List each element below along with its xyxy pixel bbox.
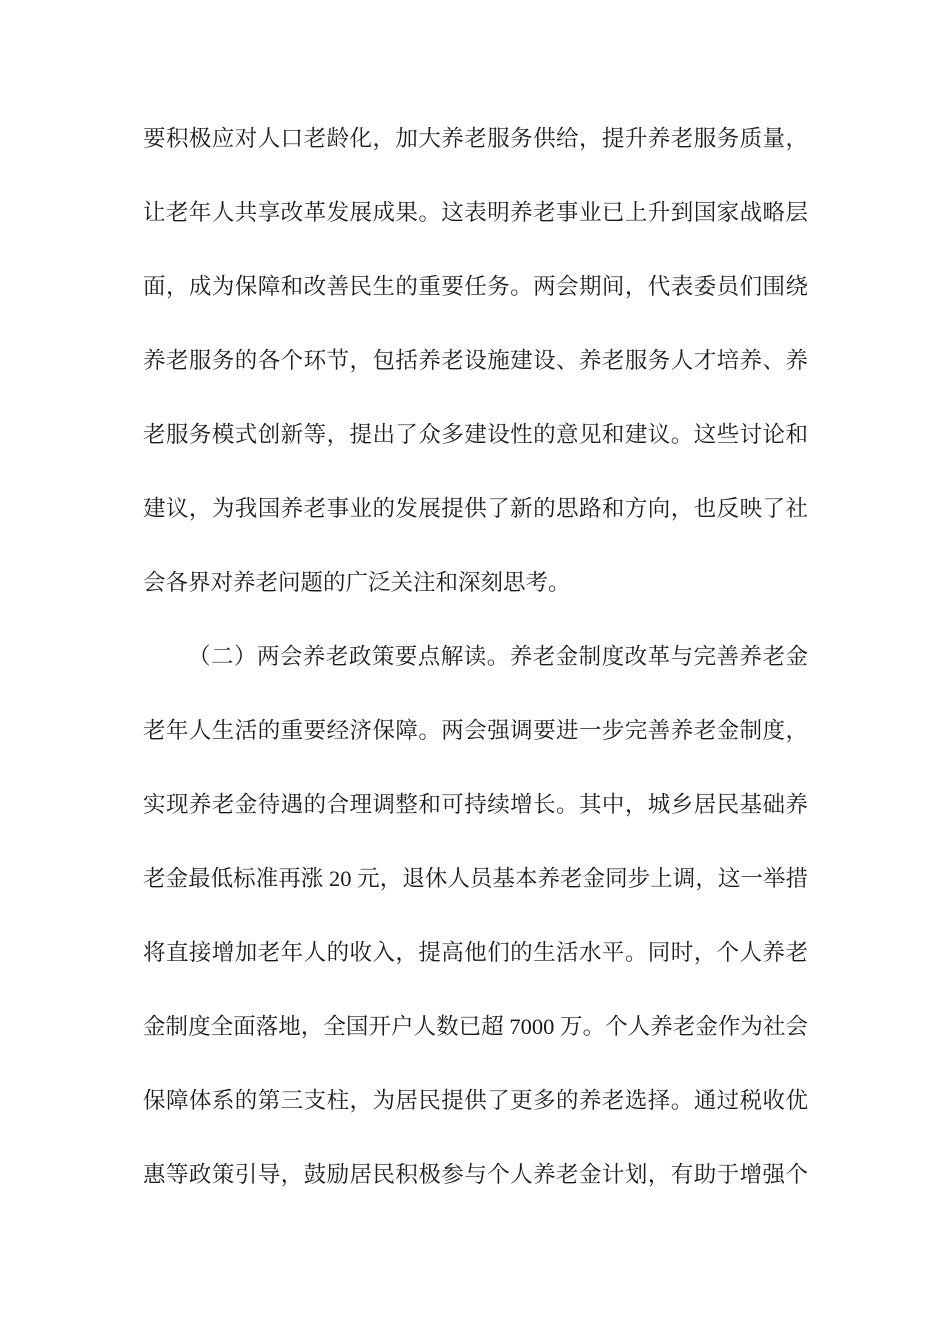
document-body-text: 要积极应对人口老龄化，加大养老服务供给，提升养老服务质量，让老年人共享改革发展成… <box>143 102 808 1212</box>
text-line: 养老服务的各个环节，包括养老设施建设、养老服务人才培养、养 <box>143 324 808 398</box>
text-line: 老金最低标准再涨 20 元，退休人员基本养老金同步上调，这一举措 <box>143 842 808 916</box>
text-line: 将直接增加老年人的收入，提高他们的生活水平。同时，个人养老 <box>143 916 808 990</box>
text-line: 惠等政策引导，鼓励居民积极参与个人养老金计划，有助于增强个 <box>143 1138 808 1212</box>
text-line: 让老年人共享改革发展成果。这表明养老事业已上升到国家战略层 <box>143 176 808 250</box>
text-line: 保障体系的第三支柱，为居民提供了更多的养老选择。通过税收优 <box>143 1064 808 1138</box>
text-line: 老服务模式创新等，提出了众多建设性的意见和建议。这些讨论和 <box>143 398 808 472</box>
text-line: 会各界对养老问题的广泛关注和深刻思考。 <box>143 546 808 620</box>
document-page: 要积极应对人口老龄化，加大养老服务供给，提升养老服务质量，让老年人共享改革发展成… <box>0 0 950 1344</box>
text-line: 实现养老金待遇的合理调整和可持续增长。其中，城乡居民基础养 <box>143 768 808 842</box>
text-line: （二）两会养老政策要点解读。养老金制度改革与完善养老金是 <box>143 620 808 694</box>
text-line: 要积极应对人口老龄化，加大养老服务供给，提升养老服务质量， <box>143 102 808 176</box>
text-line: 面，成为保障和改善民生的重要任务。两会期间，代表委员们围绕 <box>143 250 808 324</box>
text-line: 老年人生活的重要经济保障。两会强调要进一步完善养老金制度， <box>143 694 808 768</box>
text-line: 建议，为我国养老事业的发展提供了新的思路和方向，也反映了社 <box>143 472 808 546</box>
text-line: 金制度全面落地，全国开户人数已超 7000 万。个人养老金作为社会 <box>143 990 808 1064</box>
